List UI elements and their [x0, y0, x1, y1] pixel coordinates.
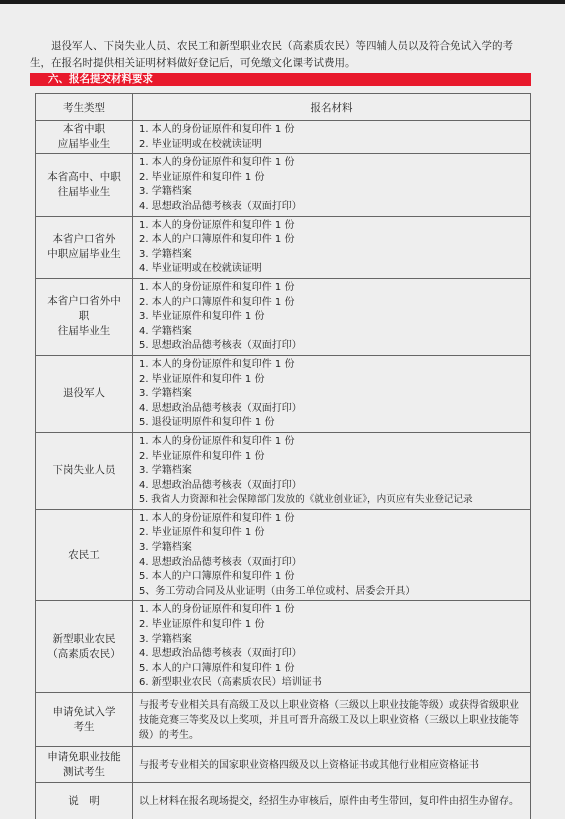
material-item: 4. 思想政治品德考核表（双面打印） — [139, 556, 526, 571]
candidate-type-cell: 本省中职 应届毕业生 — [36, 121, 133, 154]
material-item: 2. 毕业证明或在校就读证明 — [139, 138, 526, 153]
material-item: 5. 退役证明原件和复印件 1 份 — [139, 416, 526, 431]
header-materials: 报名材料 — [133, 94, 531, 121]
material-item: 4. 思想政治品德考核表（双面打印） — [139, 647, 526, 662]
material-item: 2. 本人的户口簿原件和复印件 1 份 — [139, 296, 526, 311]
table-row: 申请免职业技能 测试考生 与报考专业相关的国家职业资格四级及以上资格证书或其他行… — [36, 747, 531, 783]
material-item: 4. 毕业证明或在校就读证明 — [139, 262, 526, 277]
materials-cell: 1. 本人的身份证原件和复印件 1 份 2. 毕业证原件和复印件 1 份 3. … — [133, 154, 531, 216]
table-row: 本省户口省外 中职应届毕业生 1. 本人的身份证原件和复印件 1 份 2. 本人… — [36, 216, 531, 278]
material-item: 3. 学籍档案 — [139, 185, 526, 200]
materials-cell: 1. 本人的身份证原件和复印件 1 份 2. 毕业证原件和复印件 1 份 3. … — [133, 432, 531, 509]
material-item: 2. 毕业证原件和复印件 1 份 — [139, 171, 526, 186]
materials-cell: 1. 本人的身份证原件和复印件 1 份 2. 毕业证原件和复印件 1 份 3. … — [133, 509, 531, 601]
material-item: 5. 思想政治品德考核表（双面打印） — [139, 339, 526, 354]
material-text: 与报考专业相关具有高级工及以上职业资格（三级以上职业技能等级）或获得省级职业技能… — [139, 698, 526, 743]
materials-cell: 1. 本人的身份证原件和复印件 1 份 2. 毕业证原件和复印件 1 份 3. … — [133, 601, 531, 693]
candidate-type-cell: 说 明 — [36, 783, 133, 819]
candidate-type-cell: 申请免试入学 考生 — [36, 693, 133, 747]
candidate-type-cell: 本省户口省外 中职应届毕业生 — [36, 216, 133, 278]
material-item: 5. 我省人力资源和社会保障部门发放的《就业创业证》，内页应有失业登记记录 — [139, 493, 526, 508]
candidate-type-cell: 新型职业农民 （高素质农民） — [36, 601, 133, 693]
material-text: 与报考专业相关的国家职业资格四级及以上资格证书或其他行业相应资格证书 — [139, 758, 526, 773]
materials-cell: 1. 本人的身份证原件和复印件 1 份 2. 本人的户口簿原件和复印件 1 份 … — [133, 278, 531, 355]
material-item: 2. 毕业证原件和复印件 1 份 — [139, 526, 526, 541]
material-item: 5、务工劳动合同及从业证明（由务工单位或村、居委会开具） — [139, 585, 526, 600]
intro-text: 退役军人、下岗失业人员、农民工和新型职业农民（高素质农民）等四辅人员以及符合免试… — [30, 38, 532, 72]
material-item: 4. 思想政治品德考核表（双面打印） — [139, 479, 526, 494]
material-item: 1. 本人的身份证原件和复印件 1 份 — [139, 435, 526, 450]
material-item: 1. 本人的身份证原件和复印件 1 份 — [139, 603, 526, 618]
material-item: 3. 学籍档案 — [139, 248, 526, 263]
table-row: 说 明 以上材料在报名现场提交，经招生办审核后，原件由考生带回，复印件由招生办留… — [36, 783, 531, 819]
material-item: 3. 毕业证原件和复印件 1 份 — [139, 310, 526, 325]
table-row: 新型职业农民 （高素质农民） 1. 本人的身份证原件和复印件 1 份 2. 毕业… — [36, 601, 531, 693]
materials-table: 考生类型 报名材料 本省中职 应届毕业生 1. 本人的身份证原件和复印件 1 份… — [35, 93, 531, 819]
table-row: 本省高中、中职 往届毕业生 1. 本人的身份证原件和复印件 1 份 2. 毕业证… — [36, 154, 531, 216]
table-row: 申请免试入学 考生 与报考专业相关具有高级工及以上职业资格（三级以上职业技能等级… — [36, 693, 531, 747]
table-row: 退役军人 1. 本人的身份证原件和复印件 1 份 2. 毕业证原件和复印件 1 … — [36, 355, 531, 432]
materials-cell: 与报考专业相关具有高级工及以上职业资格（三级以上职业技能等级）或获得省级职业技能… — [133, 693, 531, 747]
table-row: 本省户口省外中 职 往届毕业生 1. 本人的身份证原件和复印件 1 份 2. 本… — [36, 278, 531, 355]
top-bar — [0, 0, 565, 4]
section-heading-bar: 六、报名提交材料要求 — [30, 73, 531, 86]
material-item: 1. 本人的身份证原件和复印件 1 份 — [139, 512, 526, 527]
material-item: 2. 毕业证原件和复印件 1 份 — [139, 618, 526, 633]
table-row: 本省中职 应届毕业生 1. 本人的身份证原件和复印件 1 份 2. 毕业证明或在… — [36, 121, 531, 154]
material-item: 5. 本人的户口簿原件和复印件 1 份 — [139, 570, 526, 585]
intro-paragraph: 退役军人、下岗失业人员、农民工和新型职业农民（高素质农民）等四辅人员以及符合免试… — [30, 38, 532, 72]
material-item: 3. 学籍档案 — [139, 387, 526, 402]
material-item: 6. 新型职业农民（高素质农民）培训证书 — [139, 676, 526, 691]
material-item: 1. 本人的身份证原件和复印件 1 份 — [139, 281, 526, 296]
material-item: 3. 学籍档案 — [139, 464, 526, 479]
material-item: 4. 学籍档案 — [139, 325, 526, 340]
materials-cell: 与报考专业相关的国家职业资格四级及以上资格证书或其他行业相应资格证书 — [133, 747, 531, 783]
header-candidate-type: 考生类型 — [36, 94, 133, 121]
table-header-row: 考生类型 报名材料 — [36, 94, 531, 121]
candidate-type-cell: 本省户口省外中 职 往届毕业生 — [36, 278, 133, 355]
materials-cell: 1. 本人的身份证原件和复印件 1 份 2. 毕业证明或在校就读证明 — [133, 121, 531, 154]
material-item: 1. 本人的身份证原件和复印件 1 份 — [139, 219, 526, 234]
material-item: 4. 思想政治品德考核表（双面打印） — [139, 200, 526, 215]
material-item: 1. 本人的身份证原件和复印件 1 份 — [139, 156, 526, 171]
material-item: 3. 学籍档案 — [139, 633, 526, 648]
material-item: 1. 本人的身份证原件和复印件 1 份 — [139, 358, 526, 373]
candidate-type-cell: 本省高中、中职 往届毕业生 — [36, 154, 133, 216]
material-item: 5. 本人的户口簿原件和复印件 1 份 — [139, 662, 526, 677]
material-text: 以上材料在报名现场提交，经招生办审核后，原件由考生带回，复印件由招生办留存。 — [139, 794, 526, 809]
section-heading: 六、报名提交材料要求 — [48, 73, 153, 86]
material-item: 1. 本人的身份证原件和复印件 1 份 — [139, 123, 526, 138]
table-row: 下岗失业人员 1. 本人的身份证原件和复印件 1 份 2. 毕业证原件和复印件 … — [36, 432, 531, 509]
material-item: 2. 毕业证原件和复印件 1 份 — [139, 450, 526, 465]
candidate-type-cell: 申请免职业技能 测试考生 — [36, 747, 133, 783]
candidate-type-cell: 下岗失业人员 — [36, 432, 133, 509]
material-item: 2. 本人的户口簿原件和复印件 1 份 — [139, 233, 526, 248]
material-item: 4. 思想政治品德考核表（双面打印） — [139, 402, 526, 417]
candidate-type-cell: 农民工 — [36, 509, 133, 601]
material-item: 3. 学籍档案 — [139, 541, 526, 556]
materials-cell: 1. 本人的身份证原件和复印件 1 份 2. 本人的户口簿原件和复印件 1 份 … — [133, 216, 531, 278]
material-item: 2. 毕业证原件和复印件 1 份 — [139, 373, 526, 388]
materials-cell: 以上材料在报名现场提交，经招生办审核后，原件由考生带回，复印件由招生办留存。 — [133, 783, 531, 819]
materials-cell: 1. 本人的身份证原件和复印件 1 份 2. 毕业证原件和复印件 1 份 3. … — [133, 355, 531, 432]
table-row: 农民工 1. 本人的身份证原件和复印件 1 份 2. 毕业证原件和复印件 1 份… — [36, 509, 531, 601]
candidate-type-cell: 退役军人 — [36, 355, 133, 432]
